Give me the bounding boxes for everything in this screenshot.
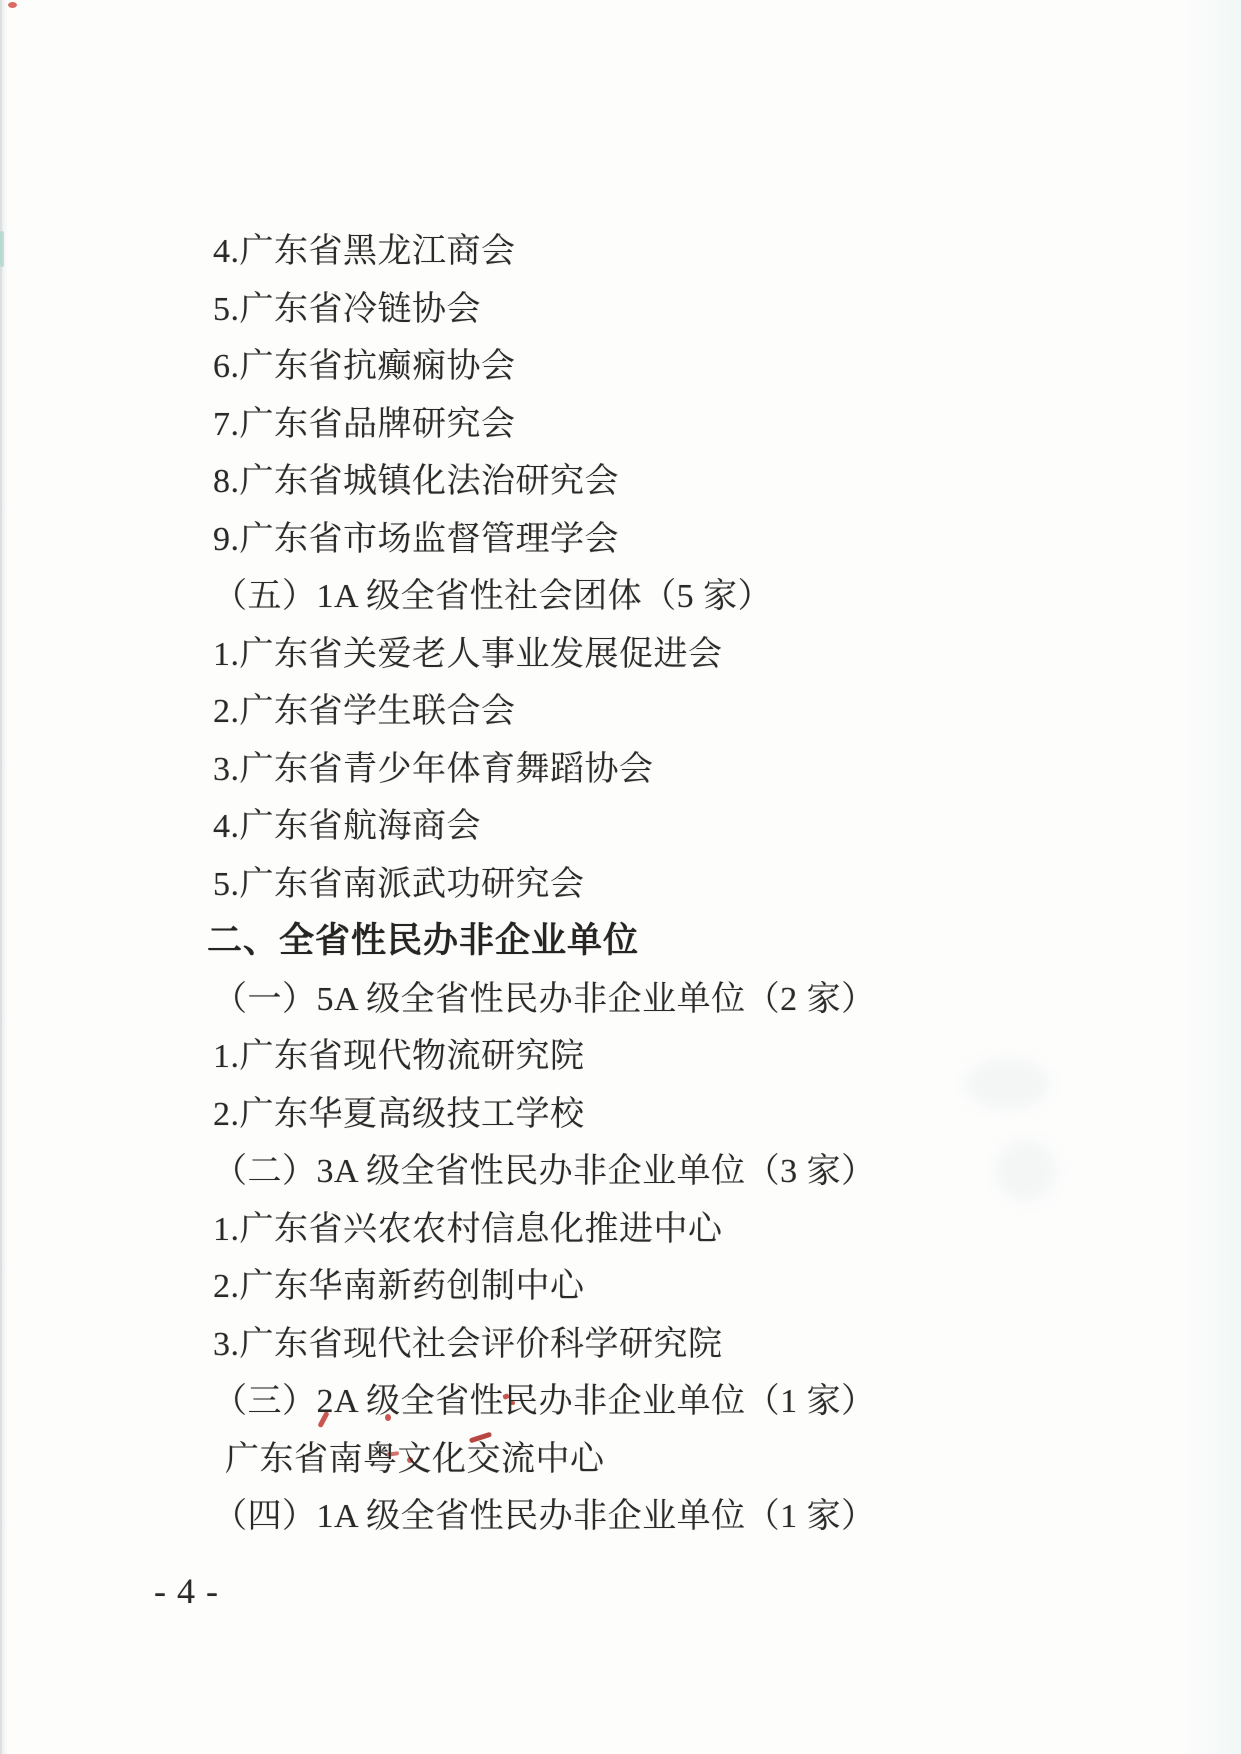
list-item: 4.广东省航海商会 bbox=[213, 794, 876, 852]
list-item: 9.广东省市场监督管理学会 bbox=[213, 507, 876, 565]
section-heading: （一）5A 级全省性民办非企业单位（2 家） bbox=[213, 967, 876, 1025]
section-heading: （四）1A 级全省性民办非企业单位（1 家） bbox=[213, 1484, 876, 1542]
list-item: 2.广东华南新药创制中心 bbox=[213, 1254, 876, 1312]
scan-left-edge-teal-mark bbox=[0, 231, 4, 267]
scan-noise-smudge bbox=[995, 1140, 1057, 1202]
list-item: 4.广东省黑龙江商会 bbox=[213, 219, 876, 277]
list-item: 1.广东省现代物流研究院 bbox=[213, 1024, 876, 1082]
scanned-document-page: 4.广东省黑龙江商会 5.广东省冷链协会 6.广东省抗癫痫协会 7.广东省品牌研… bbox=[0, 0, 1241, 1754]
list-item: 6.广东省抗癫痫协会 bbox=[213, 334, 876, 392]
list-item: 2.广东省学生联合会 bbox=[213, 679, 876, 737]
scan-noise-smudge bbox=[965, 1058, 1050, 1110]
section-heading: （五）1A 级全省性社会团体（5 家） bbox=[213, 564, 876, 622]
red-ink-speck bbox=[8, 2, 17, 8]
list-item: 3.广东省青少年体育舞蹈协会 bbox=[213, 737, 876, 795]
list-item: 1.广东省兴农农村信息化推进中心 bbox=[213, 1197, 876, 1255]
list-item: 5.广东省冷链协会 bbox=[213, 277, 876, 335]
list-item: 7.广东省品牌研究会 bbox=[213, 392, 876, 450]
scan-right-edge-tint bbox=[1183, 0, 1241, 1754]
list-item: 广东省南粤文化交流中心 bbox=[225, 1427, 876, 1485]
list-item: 3.广东省现代社会评价科学研究院 bbox=[213, 1312, 876, 1370]
list-item: 8.广东省城镇化法治研究会 bbox=[213, 449, 876, 507]
chapter-heading: 二、全省性民办非企业单位 bbox=[207, 909, 876, 967]
section-heading: （三）2A 级全省性民办非企业单位（1 家） bbox=[213, 1369, 876, 1427]
list-item: 2.广东华夏高级技工学校 bbox=[213, 1082, 876, 1140]
list-item: 1.广东省关爱老人事业发展促进会 bbox=[213, 622, 876, 680]
section-heading: （二）3A 级全省性民办非企业单位（3 家） bbox=[213, 1139, 876, 1197]
document-body: 4.广东省黑龙江商会 5.广东省冷链协会 6.广东省抗癫痫协会 7.广东省品牌研… bbox=[213, 219, 876, 1542]
list-item: 5.广东省南派武功研究会 bbox=[213, 852, 876, 910]
page-number: - 4 - bbox=[154, 1570, 219, 1612]
